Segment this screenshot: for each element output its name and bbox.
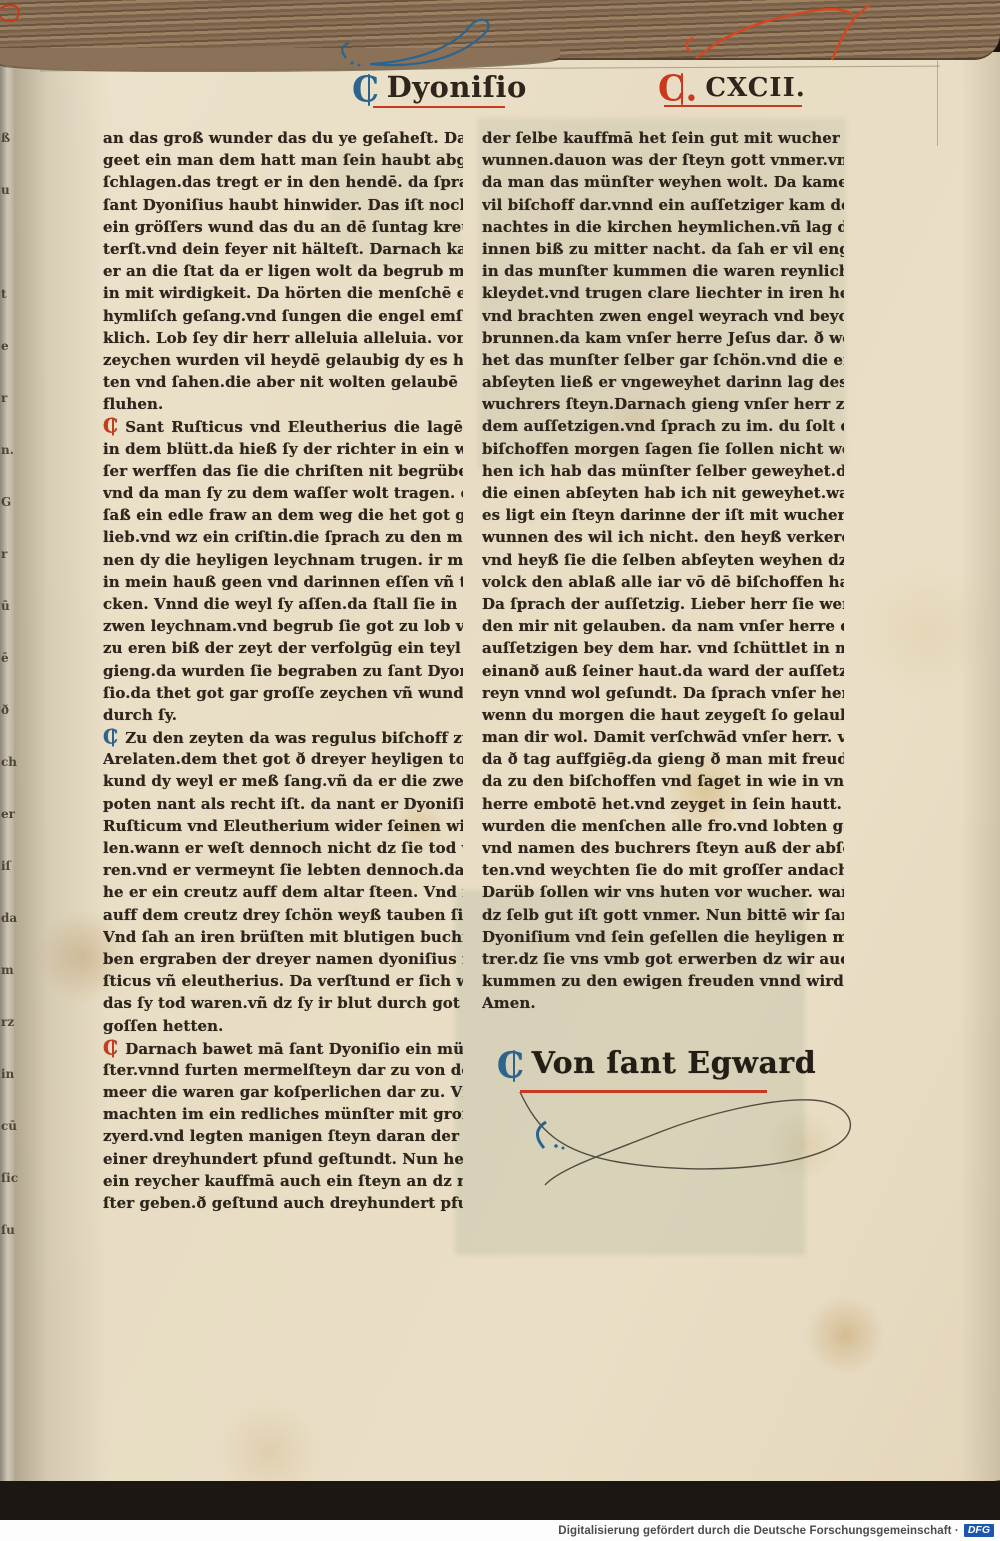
text-line: ſter.vnnd furten mermelſteyn dar zu von … — [103, 1061, 463, 1083]
text-line: ſticus vñ eleutherius. Da verſtund er ſi… — [103, 972, 463, 994]
text-line: klich. Lob ſey dir herr alleluia allelui… — [103, 329, 463, 351]
text-column-left: an das groß wunder das du ye geſaheſt. D… — [103, 129, 463, 1216]
text-line: ſchlagen.das tregt er in den hendē. da ſ… — [103, 173, 463, 195]
text-line: het das munſter ſelber gar ſchön.vnd die… — [482, 351, 844, 373]
text-line: Da ſprach der auſſetzig. Lieber herr ſie… — [482, 595, 844, 617]
red-underline — [520, 1090, 767, 1093]
text-line: wenn du morgen die haut zeygeſt ſo gelau… — [482, 706, 844, 728]
text-line: auſſetzigen bey dem har. vnd ſchüttlet i… — [482, 639, 844, 661]
text-line: ſio.da thet got gar groſſe zeychen vñ wu… — [103, 684, 463, 706]
capitulum-mark-blue: C — [103, 728, 118, 747]
paragraph: CZu den zeyten da was regulus biſchoff z… — [103, 728, 463, 1039]
gutter-fragment: iſ — [1, 860, 15, 872]
capitulum-mark-red: C. — [658, 71, 698, 107]
text-line: Darüb ſollen wir vns huten vor wucher. w… — [482, 883, 844, 905]
text-line: biſchoffen morgen ſagen ſie ſollen nicht… — [482, 440, 844, 462]
capitulum-mark-blue: C — [497, 1048, 525, 1084]
text-line: volck den ablaß alle iar vō dē biſchoffe… — [482, 573, 844, 595]
gutter-fragment: r — [1, 548, 15, 560]
text-line: ten vnd ſahen.die aber nit wolten gelaub… — [103, 373, 463, 395]
gutter-fragment: m — [1, 964, 15, 976]
text-line: wunnen des wil ich nicht. den heyß verke… — [482, 528, 844, 550]
page-title-text: Dyoniſio — [387, 70, 527, 104]
gutter-fragment: n. — [1, 444, 15, 456]
text-column-right: der ſelbe kauffmā het ſein gut mit wuche… — [482, 129, 844, 1017]
text-line: innen biß zu mitter nacht. da ſah er vil… — [482, 240, 844, 262]
text-line: brunnen.da kam vnſer herre Jeſus dar. ð … — [482, 329, 844, 351]
paragraph: an das groß wunder das du ye geſaheſt. D… — [103, 129, 463, 417]
text-line: vnd namen des buchrers ſteyn auß der abſ… — [482, 839, 844, 861]
text-line: len.wann er weſt dennoch nicht dz ſie to… — [103, 839, 463, 861]
text-line: in mit wirdigkeit. Da hörten die menſchē… — [103, 284, 463, 306]
text-line: goſſen hetten. — [103, 1017, 463, 1039]
text-line: nachtes in die kirchen heymlichen.vñ lag… — [482, 218, 844, 240]
text-line: Vnd ſah an iren brüſten mit blutigen buc… — [103, 928, 463, 950]
text-line: in das munſter kummen die waren reynlich… — [482, 262, 844, 284]
gutter-fragment: u — [1, 184, 15, 196]
red-underline — [373, 106, 505, 108]
text-line: hymliſch geſang.vnd ſungen die engel emſ… — [103, 307, 463, 329]
gutter-fragment: ſu — [1, 1224, 15, 1236]
text-line: dz ſelb gut iſt gott vnmer. Nun bittē wi… — [482, 906, 844, 928]
text-line: ſaß ein edle fraw an dem weg die het got… — [103, 506, 463, 528]
capitulum-mark-blue: C — [352, 72, 380, 108]
text-line: ein gröſſers wund das du an dē ſuntag kr… — [103, 218, 463, 240]
text-line: durch ſy. — [103, 706, 463, 728]
text-line: poten nant als recht iſt. da nant er Dyo… — [103, 795, 463, 817]
gutter-fragment: ū — [1, 600, 15, 612]
text-line: ben ergraben der dreyer namen dyoniſius … — [103, 950, 463, 972]
text-line: Amen. — [482, 994, 844, 1016]
text-line: ſter geben.ð geſtund auch dreyhundert pf… — [103, 1194, 463, 1216]
text-line: es ligt ein ſteyn darinne der iſt mit wu… — [482, 506, 844, 528]
text-line: da ð tag auffgiēg.da gieng ð man mit fre… — [482, 750, 844, 772]
text-line: lieb.vnd wz ein criſtin.die ſprach zu de… — [103, 528, 463, 550]
text-line: das ſy tod waren.vñ dz ſy ir blut durch … — [103, 994, 463, 1016]
text-line: dem auſſetzigen.vnd ſprach zu im. du ſol… — [482, 417, 844, 439]
gutter-fragment: rz — [1, 1016, 15, 1028]
book-scan-photo: CDyoniſio C.CXCII. an das groß wunder da… — [0, 0, 1000, 1541]
text-line: zwen leychnam.vnd begrub ſie got zu lob … — [103, 617, 463, 639]
text-line: vnd heyß ſie die ſelben abſeyten weyhen … — [482, 551, 844, 573]
text-line: gieng.da wurden ſie begraben zu ſant Dyo… — [103, 662, 463, 684]
text-line: einer dreyhundert pfund geſtundt. Nun he… — [103, 1150, 463, 1172]
text-line: terſt.vnd dein feyer nit hälteſt. Darnac… — [103, 240, 463, 262]
text-line: Dyoniſium vnd ſein geſellen die heyligen… — [482, 928, 844, 950]
text-line: he er ein creutz auff dem altar ſteen. V… — [103, 883, 463, 905]
text-line: der ſelbe kauffmā het ſein gut mit wuche… — [482, 129, 844, 151]
text-line: CDarnach bawet mā ſant Dyoniſio ein mün — [103, 1039, 463, 1061]
text-line: ten.vnd weychten ſie do mit groſſer anda… — [482, 861, 844, 883]
text-line: an das groß wunder das du ye geſaheſt. D… — [103, 129, 463, 151]
gutter-fragment: ch — [1, 756, 15, 768]
text-line: zu eren biß der zeyt der verfolgūg ein t… — [103, 639, 463, 661]
text-line: kummen zu den ewigen freuden vnnd wirden — [482, 972, 844, 994]
gutter-fragment: da — [1, 912, 15, 924]
text-line: kleydet.vnd trugen clare liechter in ire… — [482, 284, 844, 306]
text-line: nen dy die heyligen leychnam trugen. ir … — [103, 551, 463, 573]
text-line: wuchrers ſteyn.Darnach gieng vnſer herr … — [482, 395, 844, 417]
text-line: geet ein man dem hatt man ſein haubt abg… — [103, 151, 463, 173]
text-line: vnd brachten zwen engel weyrach vnd beyc… — [482, 307, 844, 329]
text-line: CZu den zeyten da was regulus biſchoff z… — [103, 728, 463, 750]
text-line: da zu den biſchoffen vnd ſaget in wie in… — [482, 772, 844, 794]
gutter-fragment: t — [1, 288, 15, 300]
text-line: fluhen. — [103, 395, 463, 417]
text-line: in dem blütt.da hieß ſy der richter in e… — [103, 440, 463, 462]
text-line: man dir wol. Damit verſchwād vnſer herr.… — [482, 728, 844, 750]
paragraph: CSant Ruſticus vnd Eleutherius die lagēi… — [103, 417, 463, 728]
text-line: Arelaten.dem thet got ð dreyer heyligen … — [103, 750, 463, 772]
gutter-fragment: G — [1, 496, 15, 508]
text-line: trer.dz ſie vns vmb got erwerben dz wir … — [482, 950, 844, 972]
text-line: in mein hauß geen vnd darinnen eſſen vñ … — [103, 573, 463, 595]
gutter-fragment: e — [1, 340, 15, 352]
text-line: vil biſchoff dar.vnnd ein auſſetziger ka… — [482, 196, 844, 218]
text-line: die einen abſeyten hab ich nit geweyhet.… — [482, 484, 844, 506]
capitulum-mark-red: C — [103, 417, 118, 436]
dfg-logo: DFG — [964, 1524, 994, 1538]
text-line: zyerd.vnd legten manigen ſteyn daran der… — [103, 1127, 463, 1149]
text-line: auff dem creutz drey ſchön weyß tauben ſ… — [103, 906, 463, 928]
folio-text: CXCII. — [705, 73, 805, 103]
text-line: meer die waren gar koſperlichen dar zu. … — [103, 1083, 463, 1105]
folio-number: C.CXCII. — [658, 72, 806, 106]
scan-footer: Digitalisierung gefördert durch die Deut… — [0, 1520, 1000, 1541]
gutter-fragment: r — [1, 392, 15, 404]
text-line: hen ich hab das münſter ſelber geweyhet.… — [482, 462, 844, 484]
text-line: reyn vnnd wol geſundt. Da ſprach vnſer h… — [482, 684, 844, 706]
text-line: ſant Dyoniſius haubt hinwider. Das iſt n… — [103, 196, 463, 218]
text-line: einanð auß ſeiner haut.da ward der auſſe… — [482, 662, 844, 684]
text-line: machten im ein redliches münſter mit gro… — [103, 1105, 463, 1127]
text-line: vnd da man ſy zu dem waſſer wolt tragen.… — [103, 484, 463, 506]
text-line: herre embotē het.vnd zeyget in ſein haut… — [482, 795, 844, 817]
text-line: cken. Vnnd die weyl ſy aſſen.da ſtall ſi… — [103, 595, 463, 617]
digitization-credit: Digitalisierung gefördert durch die Deut… — [558, 1525, 959, 1537]
text-line: wunnen.dauon was der ſteyn gott vnmer.vn… — [482, 151, 844, 173]
text-line: abſeyten ließ er vngeweyhet darinn lag d… — [482, 373, 844, 395]
text-line: ein reycher kauffmā auch ein ſteyn an dz… — [103, 1172, 463, 1194]
text-line: zeychen wurden vil heydē gelaubig dy es … — [103, 351, 463, 373]
paragraph: CDarnach bawet mā ſant Dyoniſio ein münſ… — [103, 1039, 463, 1217]
gutter-fragment: in — [1, 1068, 15, 1080]
text-line: er an die ſtat da er ligen wolt da begru… — [103, 262, 463, 284]
gutter-fragment: er — [1, 808, 15, 820]
text-line: kund dy weyl er meß ſang.vñ da er die zw… — [103, 772, 463, 794]
text-line: ren.vnd er vermeynt ſie lebten dennoch.d… — [103, 861, 463, 883]
gutter-fragment: ſic — [1, 1172, 15, 1184]
gutter-fragment: ē — [1, 652, 15, 664]
red-underline — [664, 105, 802, 107]
text-line: Ruſticum vnd Eleutherium wider ſeinen wi… — [103, 817, 463, 839]
section-heading: CVon ſant Egward — [497, 1046, 816, 1083]
text-line: wurden die menſchen alle fro.vnd lobten … — [482, 817, 844, 839]
running-head: CDyoniſio C.CXCII. — [0, 70, 1000, 110]
gutter-fragment: ð — [1, 704, 15, 716]
text-line: den mir nit gelauben. da nam vnſer herre… — [482, 617, 844, 639]
gutter-fragment: ß — [1, 132, 15, 144]
section-heading-text: Von ſant Egward — [532, 1046, 817, 1081]
page-title: CDyoniſio — [352, 70, 527, 107]
text-line: da man das münſter weyhen wolt. Da kamen — [482, 173, 844, 195]
gutter-fragment: cū — [1, 1120, 15, 1132]
capitulum-mark-red: C — [103, 1039, 118, 1058]
text-line: CSant Ruſticus vnd Eleutherius die lagē — [103, 417, 463, 439]
paragraph: der ſelbe kauffmā het ſein gut mit wuche… — [482, 129, 844, 1017]
text-line: ſer werffen das ſie die chriſten nit beg… — [103, 462, 463, 484]
